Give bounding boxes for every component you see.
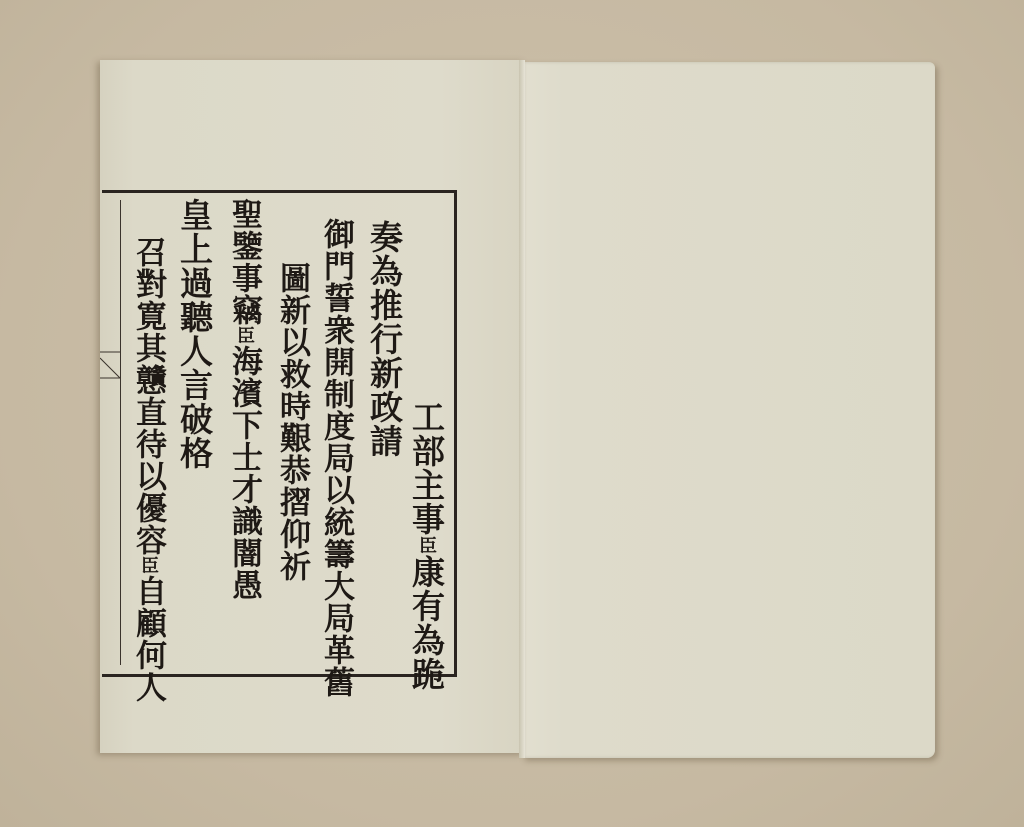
text-column-5: 聖鑒事竊臣海濱下士才識闇愚 — [228, 198, 259, 601]
text-column-4: 圖新以救時艱恭摺仰祈 — [276, 262, 307, 582]
text-segment: 皇上過聽人言破格 — [175, 198, 214, 470]
text-segment-small: 臣 — [234, 326, 255, 345]
text-segment-small: 臣 — [138, 556, 159, 575]
text-segment: 工部主事 — [407, 400, 446, 536]
text-column-2: 奏為推行新政請 — [368, 220, 401, 458]
text-column-7: 召對寛其戇直待以優容臣自顧何人 — [132, 236, 163, 703]
text-segment: 召對寛其戇直待以優容 — [130, 236, 166, 556]
text-column-6: 皇上過聽人言破格 — [178, 198, 211, 470]
text-segment: 康有為跪 — [407, 555, 446, 691]
book-gutter — [519, 60, 525, 758]
frame-inner-rule — [120, 200, 121, 665]
text-segment: 圖新以救時艱恭摺仰祈 — [274, 262, 310, 582]
right-page-blank — [522, 62, 935, 758]
text-column-3: 御門誓衆開制度局以統籌大局革舊 — [320, 218, 351, 698]
text-segment: 御門誓衆開制度局以統籌大局革舊 — [318, 218, 354, 698]
text-segment: 自顧何人 — [130, 575, 166, 703]
text-segment: 海濱下士才識闇愚 — [226, 345, 262, 601]
text-segment: 聖鑒事竊 — [226, 198, 262, 326]
fishtail-mark-icon — [100, 350, 122, 380]
text-segment: 奏為推行新政請 — [365, 220, 404, 458]
text-segment-small: 臣 — [416, 536, 437, 555]
text-column-1: 工部主事臣康有為跪 — [410, 400, 443, 691]
